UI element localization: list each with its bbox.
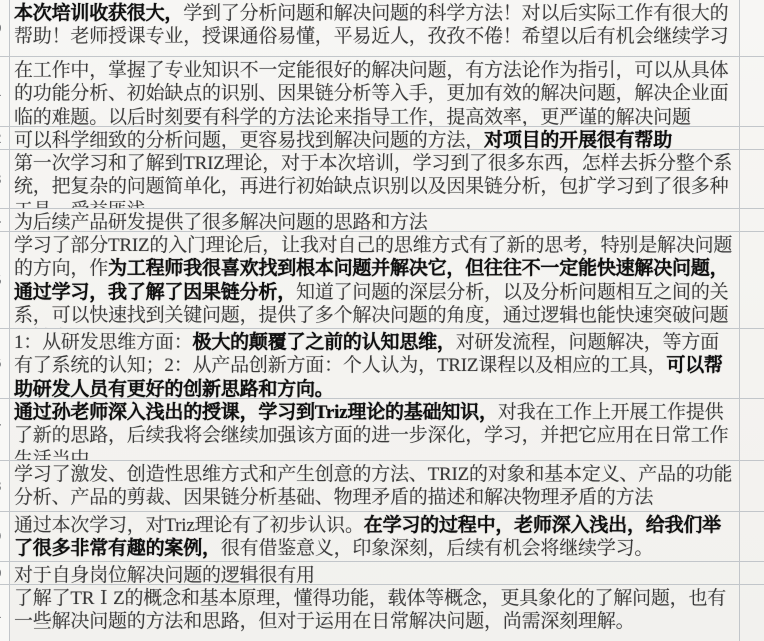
row-number-label: 1: [0, 83, 1, 100]
table-row: 61：从研发思维方面：极大的颠覆了之前的认知思维，对研发流程，问题解决，等方面有…: [0, 329, 764, 399]
row-number[interactable]: 0: [0, 562, 10, 584]
text-segment: 通过本次学习，对Triz理论有了初步认识。: [14, 515, 364, 536]
feedback-cell[interactable]: 可以科学细致的分析问题，更容易找到解决问题的方法，对项目的开展很有帮助: [10, 127, 740, 149]
table-row: 8学习了激发、创造性思维方式和产生创意的方法、TRIZ的对象和基本定义、产品的功…: [0, 461, 764, 512]
adjacent-column-sliver: [740, 512, 764, 561]
row-number[interactable]: 2: [0, 127, 10, 149]
adjacent-column-sliver: [740, 232, 764, 328]
text-segment: 为后续产品研发提供了很多解决问题的思路和方法: [14, 212, 428, 231]
table-row: 7通过孙老师深入浅出的授课，学习到Triz理论的基础知识，对我在工作上开展工作提…: [0, 399, 764, 461]
row-number[interactable]: 1: [0, 57, 10, 126]
adjacent-column-sliver: [740, 585, 764, 641]
feedback-cell[interactable]: 学习了部分TRIZ的入门理论后，让我对自己的思维方式有了新的思考，特别是解决问题…: [10, 232, 740, 328]
feedback-cell[interactable]: 1：从研发思维方面：极大的颠覆了之前的认知思维，对研发流程，问题解决，等方面有了…: [10, 329, 740, 398]
row-number[interactable]: 3: [0, 150, 10, 208]
text-segment: 通过孙老师深入浅出的授课，学习到Triz理论的基础知识，: [14, 402, 498, 423]
row-number-label: 6: [0, 355, 1, 372]
feedback-cell[interactable]: 为后续产品研发提供了很多解决问题的思路和方法: [10, 209, 740, 231]
adjacent-column-sliver: [740, 57, 764, 126]
table-row: 1在工作中，掌握了专业知识不一定能很好的解决问题，有方法论作为指引，可以从具体的…: [0, 57, 764, 127]
table-row: 2可以科学细致的分析问题，更容易找到解决问题的方法，对项目的开展很有帮助: [0, 127, 764, 150]
rows-container: 0本次培训收获很大，学到了分析问题和解决问题的科学方法！对以后实际工作有很大的帮…: [0, 0, 764, 641]
row-number-label: 5: [0, 272, 1, 289]
adjacent-column-sliver: [740, 562, 764, 584]
feedback-cell[interactable]: 对于自身岗位解决问题的逻辑很有用: [10, 562, 740, 584]
row-number[interactable]: 9: [0, 512, 10, 561]
adjacent-column-sliver: [740, 127, 764, 149]
row-number[interactable]: 1: [0, 585, 10, 641]
table-row: 0本次培训收获很大，学到了分析问题和解决问题的科学方法！对以后实际工作有很大的帮…: [0, 0, 764, 57]
feedback-cell[interactable]: 通过孙老师深入浅出的授课，学习到Triz理论的基础知识，对我在工作上开展工作提供…: [10, 399, 740, 460]
text-segment: 对于自身岗位解决问题的逻辑很有用: [14, 565, 315, 584]
text-segment: 1：从研发思维方面：: [14, 332, 193, 353]
adjacent-column-sliver: [740, 461, 764, 511]
row-number-label: 0: [0, 20, 1, 37]
feedback-cell[interactable]: 通过本次学习，对Triz理论有了初步认识。在学习的过程中，老师深入浅出，给我们举…: [10, 512, 740, 561]
row-number[interactable]: 5: [0, 232, 10, 328]
text-segment: 对项目的开展很有帮助: [484, 130, 672, 149]
adjacent-column-sliver: [740, 209, 764, 231]
row-number-label: 8: [0, 478, 1, 495]
text-segment: 很有借鉴意义，印象深刻，后续有机会将继续学习。: [221, 538, 653, 559]
text-segment: 学习了激发、创造性思维方式和产生创意的方法、TRIZ的对象和基本定义、产品的功能…: [14, 464, 732, 508]
table-row: 1了解了TRＩZ的概念和基本原理，懂得功能，载体等概念，更具象化的了解问题，也有…: [0, 585, 764, 641]
table-row: 0对于自身岗位解决问题的逻辑很有用: [0, 562, 764, 585]
row-number[interactable]: 4: [0, 209, 10, 231]
row-number[interactable]: 0: [0, 0, 10, 56]
row-number[interactable]: 6: [0, 329, 10, 398]
adjacent-column-sliver: [740, 0, 764, 56]
row-number-label: 0: [0, 565, 1, 582]
text-segment: 了解了TRＩZ的概念和基本原理，懂得功能，载体等概念，更具象化的了解问题，也有一…: [14, 588, 726, 632]
adjacent-column-sliver: [740, 329, 764, 398]
feedback-cell[interactable]: 在工作中，掌握了专业知识不一定能很好的解决问题，有方法论作为指引，可以从具体的功…: [10, 57, 740, 126]
feedback-cell[interactable]: 本次培训收获很大，学到了分析问题和解决问题的科学方法！对以后实际工作有很大的帮助…: [10, 0, 740, 56]
row-number-label: 9: [0, 528, 1, 545]
text-segment: 第一次学习和了解到TRIZ理论，对于本次培训，学习到了很多东西，怎样去拆分整个系…: [14, 153, 732, 208]
feedback-cell[interactable]: 学习了激发、创造性思维方式和产生创意的方法、TRIZ的对象和基本定义、产品的功能…: [10, 461, 740, 511]
table-row: 5学习了部分TRIZ的入门理论后，让我对自己的思维方式有了新的思考，特别是解决问…: [0, 232, 764, 329]
row-number-label: 2: [0, 130, 1, 147]
text-segment: 在工作中，掌握了专业知识不一定能很好的解决问题，有方法论作为指引，可以从具体的功…: [14, 60, 728, 126]
table-row: 9通过本次学习，对Triz理论有了初步认识。在学习的过程中，老师深入浅出，给我们…: [0, 512, 764, 562]
row-number-label: 4: [0, 212, 1, 229]
text-segment: 极大的颠覆了之前的认知思维，: [193, 332, 456, 353]
row-number-label: 3: [0, 171, 1, 188]
row-number[interactable]: 8: [0, 461, 10, 511]
row-number[interactable]: 7: [0, 399, 10, 460]
text-segment: 可以科学细致的分析问题，更容易找到解决问题的方法，: [14, 130, 484, 149]
feedback-cell[interactable]: 了解了TRＩZ的概念和基本原理，懂得功能，载体等概念，更具象化的了解问题，也有一…: [10, 585, 740, 641]
feedback-cell[interactable]: 第一次学习和了解到TRIZ理论，对于本次培训，学习到了很多东西，怎样去拆分整个系…: [10, 150, 740, 208]
adjacent-column-sliver: [740, 399, 764, 460]
table-row: 3第一次学习和了解到TRIZ理论，对于本次培训，学习到了很多东西，怎样去拆分整个…: [0, 150, 764, 209]
text-segment: 本次培训收获很大，: [14, 3, 183, 24]
table-row: 4为后续产品研发提供了很多解决问题的思路和方法: [0, 209, 764, 232]
row-number-label: 7: [0, 421, 1, 438]
row-number-label: 1: [0, 605, 1, 622]
adjacent-column-sliver: [740, 150, 764, 208]
training-feedback-table: 0本次培训收获很大，学到了分析问题和解决问题的科学方法！对以后实际工作有很大的帮…: [0, 0, 764, 641]
